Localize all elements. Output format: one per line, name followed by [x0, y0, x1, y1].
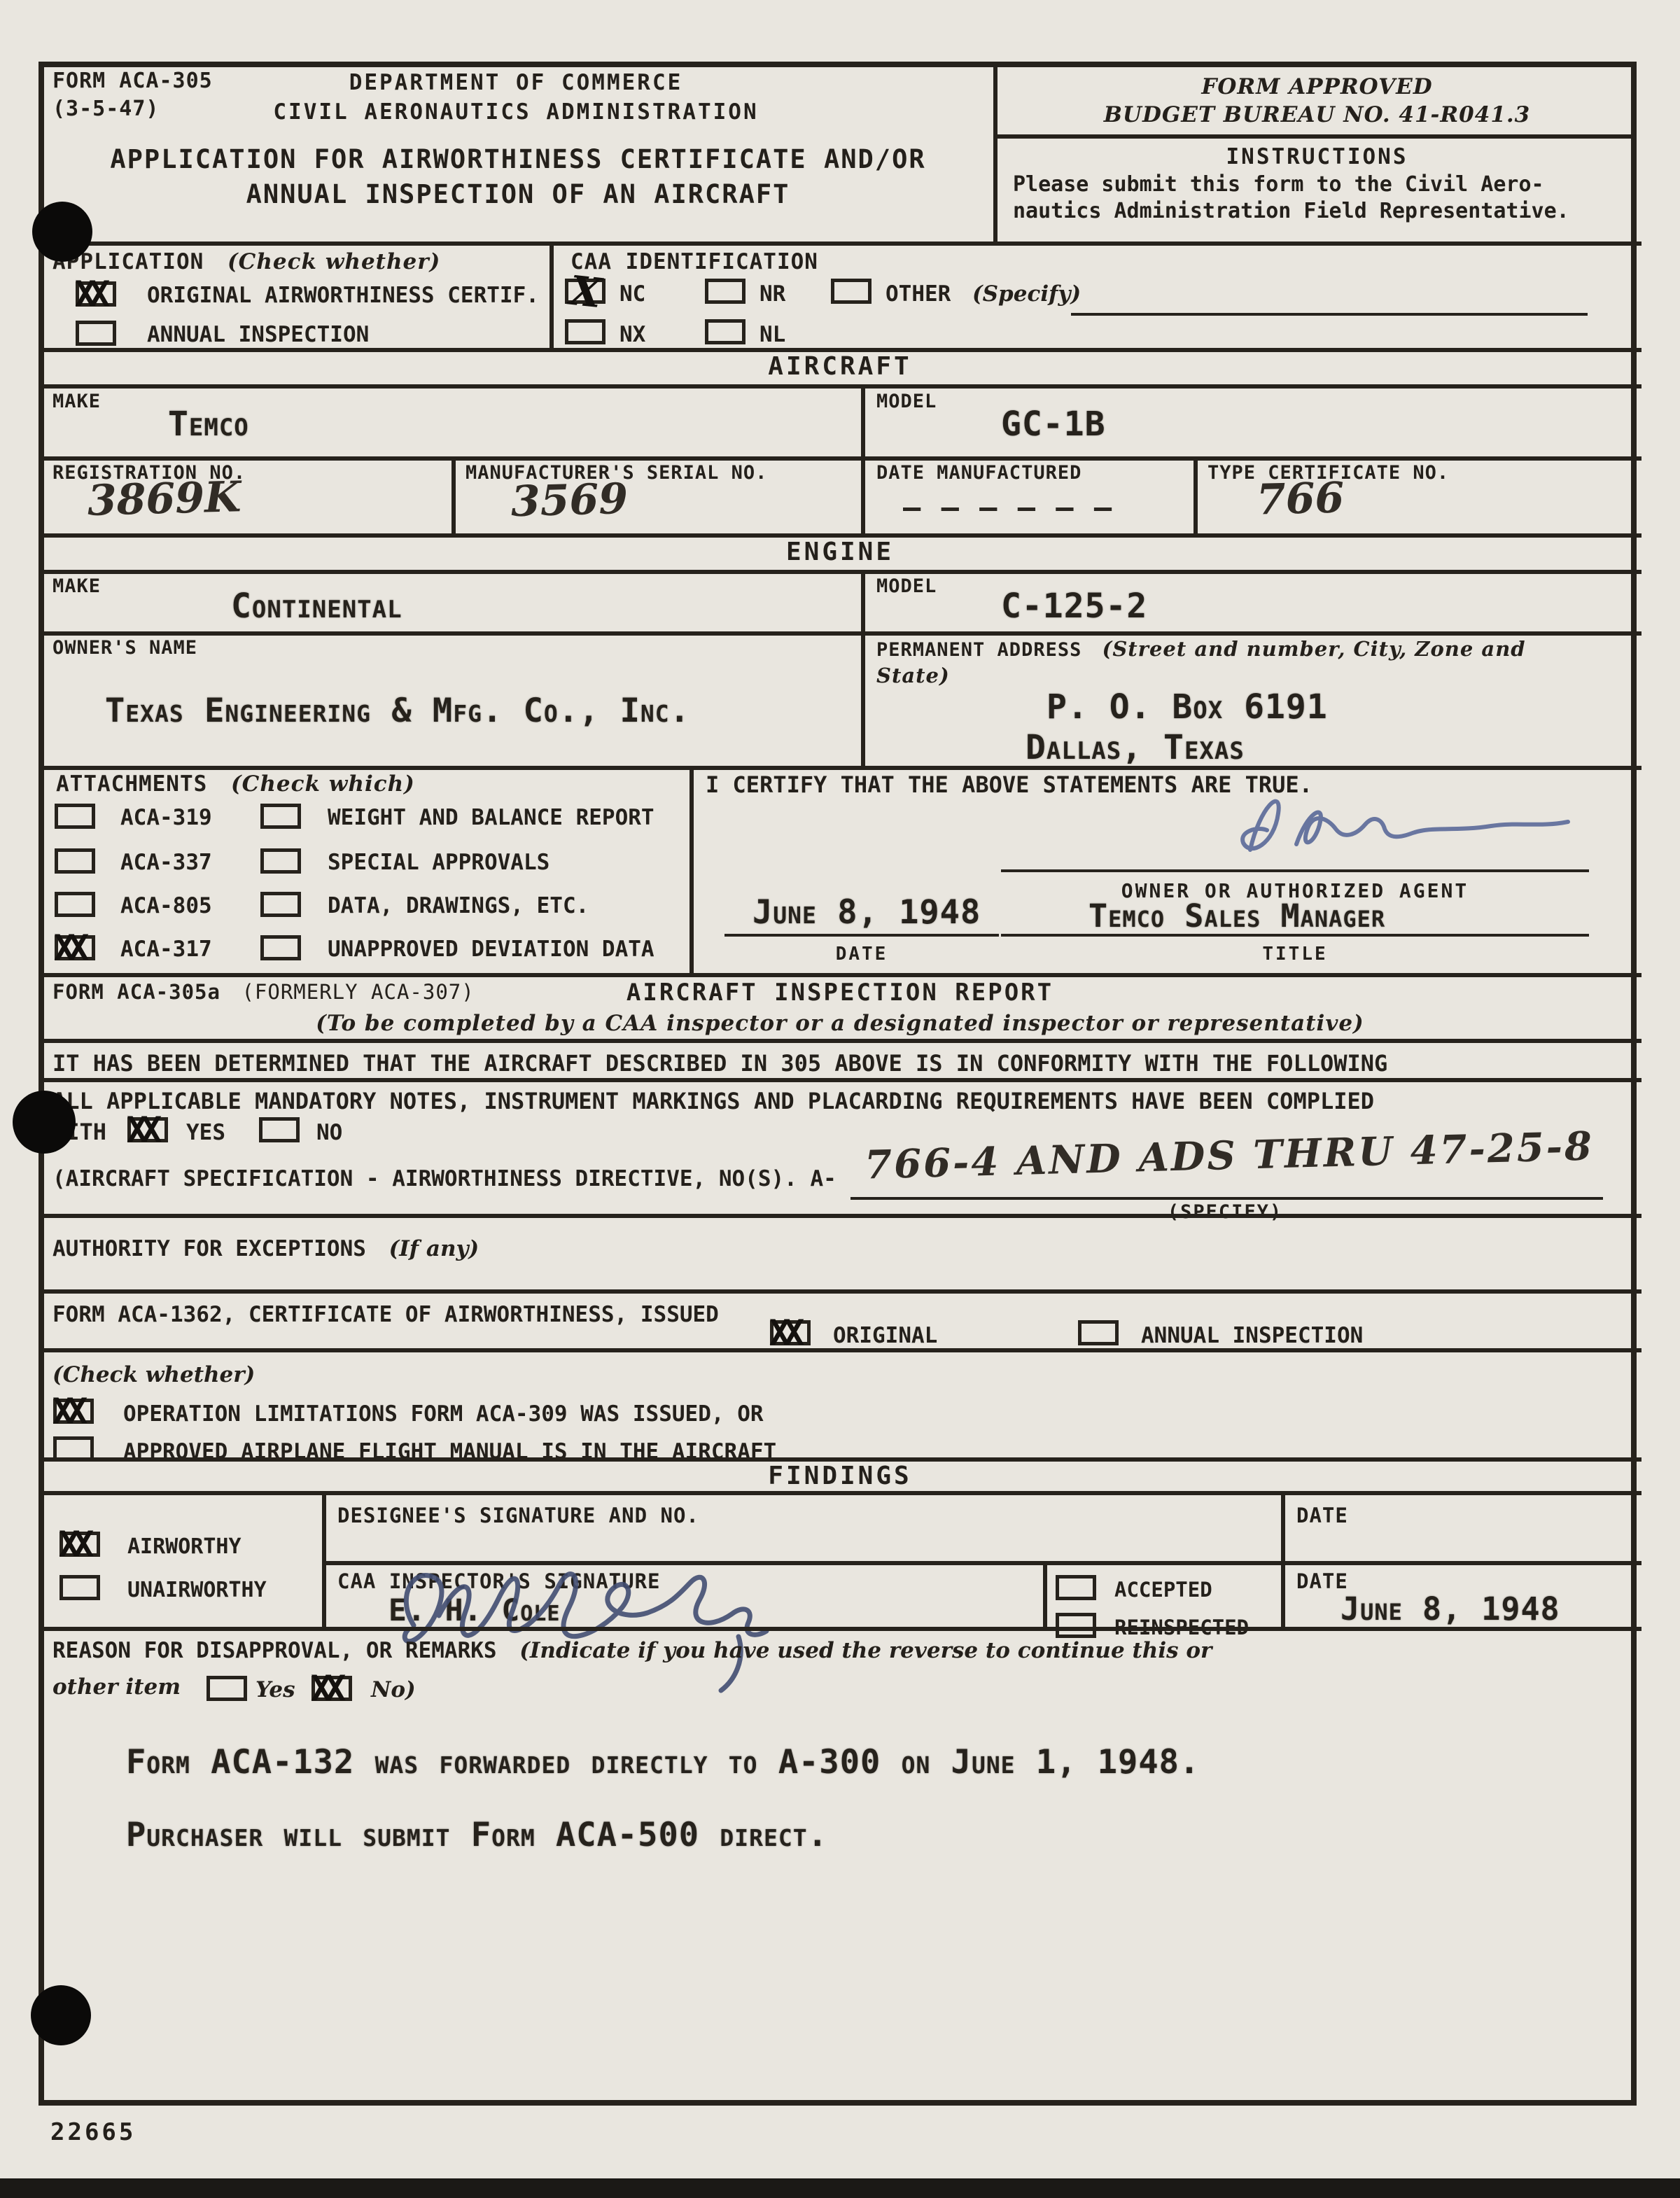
engine-make-value[interactable]: Continental	[231, 587, 402, 626]
serial-value[interactable]: 3569	[510, 475, 629, 526]
data-drawings-label: DATA, DRAWINGS, ETC.	[328, 893, 589, 918]
engine-banner: ENGINE	[38, 538, 1641, 566]
compliance-statement: ALL APPLICABLE MANDATORY NOTES, INSTRUME…	[52, 1088, 1374, 1114]
divider-line	[38, 570, 1641, 574]
aircraft-banner: AIRCRAFT	[38, 352, 1641, 381]
application-label: APPLICATION (Check whether)	[52, 249, 440, 274]
instructions-title: INSTRUCTIONS	[997, 144, 1637, 169]
divider-line	[38, 1039, 1641, 1043]
ck-aca-317[interactable]: XX	[55, 935, 95, 960]
hole-punch	[32, 202, 92, 262]
nx-label: NX	[619, 322, 645, 347]
registration-value[interactable]: 3869K	[87, 472, 241, 526]
remarks-no-label: No)	[371, 1677, 416, 1702]
specify-caption: (SPECIFY)	[1120, 1201, 1330, 1223]
divider-line	[549, 241, 554, 348]
ck-weight-balance[interactable]	[260, 804, 301, 829]
other-specify-underline[interactable]	[1071, 313, 1588, 316]
aca-337-label: ACA-337	[120, 850, 212, 875]
ck-annual-inspection[interactable]	[76, 321, 116, 346]
aca-1362-label: FORM ACA-1362, CERTIFICATE OF AIRWORTHIN…	[52, 1302, 719, 1327]
aca-805-label: ACA-805	[120, 893, 212, 918]
inspection-subtitle: (To be completed by a CAA inspector or a…	[38, 1011, 1641, 1036]
designee-signature-label: DESIGNEE'S SIGNATURE AND NO.	[337, 1504, 699, 1527]
aircraft-make-value[interactable]: Temco	[168, 405, 249, 444]
authority-exceptions-text: AUTHORITY FOR EXCEPTIONS	[52, 1236, 366, 1261]
check-mark: XX	[127, 1109, 155, 1150]
ck-special-approvals[interactable]	[260, 848, 301, 874]
nl-label: NL	[759, 322, 785, 347]
findings-banner: FINDINGS	[38, 1462, 1641, 1490]
permanent-address-label: PERMANENT ADDRESS (Street and number, Ci…	[876, 637, 1526, 661]
check-mark: XX	[311, 1668, 339, 1709]
remarks-note-1: (Indicate if you have used the reverse t…	[519, 1638, 1212, 1663]
check-mark: XX	[54, 927, 82, 968]
permanent-address-note-1: (Street and number, City, Zone and	[1102, 637, 1526, 661]
instructions-line-1: Please submit this form to the Civil Aer…	[1013, 172, 1544, 197]
agency-line-2: CIVIL AERONAUTICS ADMINISTRATION	[38, 99, 993, 125]
ck-unairworthy[interactable]	[59, 1575, 100, 1600]
compliance-yes-label: YES	[186, 1120, 225, 1145]
ck-compliance-no[interactable]	[259, 1117, 300, 1142]
remarks-label-text: REASON FOR DISAPPROVAL, OR REMARKS	[52, 1638, 497, 1663]
ck-other[interactable]	[831, 279, 871, 304]
aircraft-model-label: MODEL	[876, 391, 937, 412]
unairworthy-label: UNAIRWORTHY	[127, 1578, 267, 1602]
other-label-text: OTHER	[885, 281, 951, 307]
ck-operation-limitations[interactable]: XX	[53, 1399, 94, 1424]
inspection-title: AIRCRAFT INSPECTION REPORT	[38, 979, 1641, 1007]
divider-line	[38, 766, 1641, 770]
ck-data-drawings[interactable]	[260, 892, 301, 917]
hole-punch	[13, 1091, 76, 1154]
divider-line	[38, 456, 1641, 461]
ck-airworthy[interactable]: XX	[59, 1532, 100, 1557]
compliance-no-label: NO	[316, 1120, 342, 1145]
ck-1362-annual[interactable]	[1078, 1320, 1119, 1345]
ck-reinspected[interactable]	[1056, 1613, 1096, 1638]
owner-name-value[interactable]: Texas Engineering & Mfg. Co., Inc.	[105, 692, 690, 730]
ck-original-airworthiness[interactable]: XX	[76, 281, 116, 307]
certification-date-caption: DATE	[724, 944, 999, 965]
ck-remarks-yes[interactable]	[206, 1676, 247, 1701]
weight-balance-label: WEIGHT AND BALANCE REPORT	[328, 805, 654, 830]
owner-signature	[1120, 783, 1610, 881]
ck-nx[interactable]	[565, 319, 605, 344]
footer-code: 22665	[50, 2118, 136, 2146]
check-mark: XX	[769, 1312, 797, 1353]
airworthy-label: AIRWORTHY	[127, 1534, 241, 1559]
caa-identification-label: CAA IDENTIFICATION	[570, 249, 818, 274]
check-mark: XX	[59, 1524, 87, 1564]
date-manufactured-value[interactable]: — — — — — —	[903, 490, 1113, 524]
ck-unapproved-deviation[interactable]	[260, 935, 301, 960]
scan-edge-strip	[0, 2178, 1680, 2198]
check-whether-note: (Check whether)	[52, 1362, 255, 1387]
designee-date-label: DATE	[1296, 1504, 1348, 1527]
determination-statement: IT HAS BEEN DETERMINED THAT THE AIRCRAFT…	[52, 1050, 1387, 1077]
accepted-label: ACCEPTED	[1114, 1578, 1212, 1602]
divider-line	[997, 134, 1637, 139]
type-certificate-value[interactable]: 766	[1256, 473, 1345, 524]
agency-line-1: DEPARTMENT OF COMMERCE	[38, 70, 993, 95]
unapproved-deviation-label: UNAPPROVED DEVIATION DATA	[328, 937, 654, 962]
ck-remarks-no[interactable]: XX	[311, 1676, 352, 1701]
scanned-form-page: FORM ACA-305 (3-5-47) DEPARTMENT OF COMM…	[0, 0, 1680, 2198]
ck-nr[interactable]	[705, 279, 745, 304]
check-mark: XX	[75, 274, 103, 314]
authority-exceptions-note: (If any)	[389, 1236, 479, 1261]
check-mark: X	[568, 267, 604, 317]
remarks-label: REASON FOR DISAPPROVAL, OR REMARKS (Indi…	[52, 1638, 1212, 1663]
owner-name-label: OWNER'S NAME	[52, 637, 197, 659]
ck-aca-337[interactable]	[55, 848, 95, 874]
engine-model-value[interactable]: C-125-2	[1001, 587, 1147, 626]
ck-aca-319[interactable]	[55, 804, 95, 829]
original-airworthiness-label: ORIGINAL AIRWORTHINESS CERTIF.	[147, 283, 539, 308]
certification-title-caption: TITLE	[1001, 944, 1589, 965]
nr-label: NR	[759, 281, 785, 307]
date-manufactured-label: DATE MANUFACTURED	[876, 462, 1081, 484]
divider-line	[38, 631, 1641, 636]
divider-line	[861, 570, 865, 766]
owner-address-line-2[interactable]: Dallas, Texas	[1025, 728, 1245, 767]
special-approvals-label: SPECIAL APPROVALS	[328, 850, 549, 875]
attachments-label-text: ATTACHMENTS	[56, 771, 207, 797]
nc-label: NC	[619, 281, 645, 307]
form-approved-line-1: FORM APPROVED	[997, 74, 1637, 99]
spec-directive-underline[interactable]	[850, 1197, 1603, 1200]
ck-aca-805[interactable]	[55, 892, 95, 917]
ck-compliance-yes[interactable]: XX	[127, 1117, 168, 1142]
ck-nc[interactable]: X	[565, 279, 605, 304]
divider-line	[1043, 1561, 1047, 1627]
permanent-address-label-text: PERMANENT ADDRESS	[876, 639, 1081, 661]
hole-punch	[31, 1985, 91, 2045]
other-label: OTHER (Specify)	[885, 281, 1081, 307]
remarks-line-2: Purchaser will submit Form ACA-500 direc…	[126, 1816, 828, 1854]
engine-make-label: MAKE	[52, 575, 101, 597]
divider-line	[38, 1078, 1641, 1082]
authority-exceptions-label: AUTHORITY FOR EXCEPTIONS (If any)	[52, 1236, 479, 1261]
inspector-signature	[346, 1547, 836, 1715]
annual-inspection-label: ANNUAL INSPECTION	[147, 322, 369, 347]
aircraft-make-label: MAKE	[52, 391, 101, 412]
divider-line	[1193, 456, 1198, 533]
form-approved-line-2: BUDGET BUREAU NO. 41-R041.3	[997, 102, 1637, 127]
aca-319-label: ACA-319	[120, 805, 212, 830]
divider-line	[689, 766, 694, 973]
certification-date-value[interactable]: June 8, 1948	[752, 893, 981, 932]
remarks-note-2: other item	[52, 1674, 181, 1700]
divider-line	[38, 1289, 1641, 1294]
owner-signature-line[interactable]	[1001, 869, 1589, 872]
aircraft-model-value[interactable]: GC-1B	[1001, 405, 1106, 444]
check-mark: XX	[52, 1391, 80, 1431]
form-title-line-1: APPLICATION FOR AIRWORTHINESS CERTIFICAT…	[38, 144, 997, 174]
divider-line	[38, 1214, 1641, 1218]
certification-title-value[interactable]: Temco Sales Manager	[1088, 897, 1385, 934]
divider-line	[38, 1491, 1641, 1495]
spec-directive-label: (AIRCRAFT SPECIFICATION - AIRWORTHINESS …	[52, 1166, 836, 1191]
certification-title-line[interactable]	[1001, 934, 1589, 937]
attachments-note: (Check which)	[231, 771, 415, 797]
1362-annual-label: ANNUAL INSPECTION	[1141, 1323, 1363, 1348]
divider-line	[38, 973, 1641, 977]
divider-line	[38, 1348, 1641, 1352]
remarks-yes-label: Yes	[255, 1677, 295, 1702]
inspection-date-value[interactable]: June 8, 1948	[1340, 1590, 1560, 1627]
owner-address-line-1[interactable]: P. O. Box 6191	[1046, 687, 1328, 727]
aca-317-label: ACA-317	[120, 937, 212, 962]
inspection-date-label: DATE	[1296, 1569, 1348, 1593]
attachments-label: ATTACHMENTS (Check which)	[56, 771, 415, 797]
certification-date-line[interactable]	[724, 934, 999, 937]
operation-limitations-label: OPERATION LIMITATIONS FORM ACA-309 WAS I…	[123, 1401, 764, 1427]
permanent-address-note-2: State)	[876, 664, 950, 687]
instructions-line-2: nautics Administration Field Representat…	[1013, 199, 1569, 223]
ck-1362-original[interactable]: XX	[770, 1320, 811, 1345]
engine-model-label: MODEL	[876, 575, 937, 597]
other-specify-note: (Specify)	[972, 281, 1081, 307]
ck-accepted[interactable]	[1056, 1575, 1096, 1600]
divider-line	[38, 1627, 1641, 1631]
remarks-line-1: Form ACA-132 was forwarded directly to A…	[126, 1743, 1200, 1781]
divider-line	[1281, 1491, 1285, 1627]
form-title-line-2: ANNUAL INSPECTION OF AN AIRCRAFT	[38, 179, 997, 209]
ck-nl[interactable]	[705, 319, 745, 344]
divider-line	[38, 241, 1641, 246]
divider-line	[322, 1491, 326, 1627]
1362-original-label: ORIGINAL	[833, 1323, 937, 1348]
application-note: (Check whether)	[227, 249, 440, 274]
divider-line	[38, 384, 1641, 388]
divider-line	[451, 456, 456, 533]
